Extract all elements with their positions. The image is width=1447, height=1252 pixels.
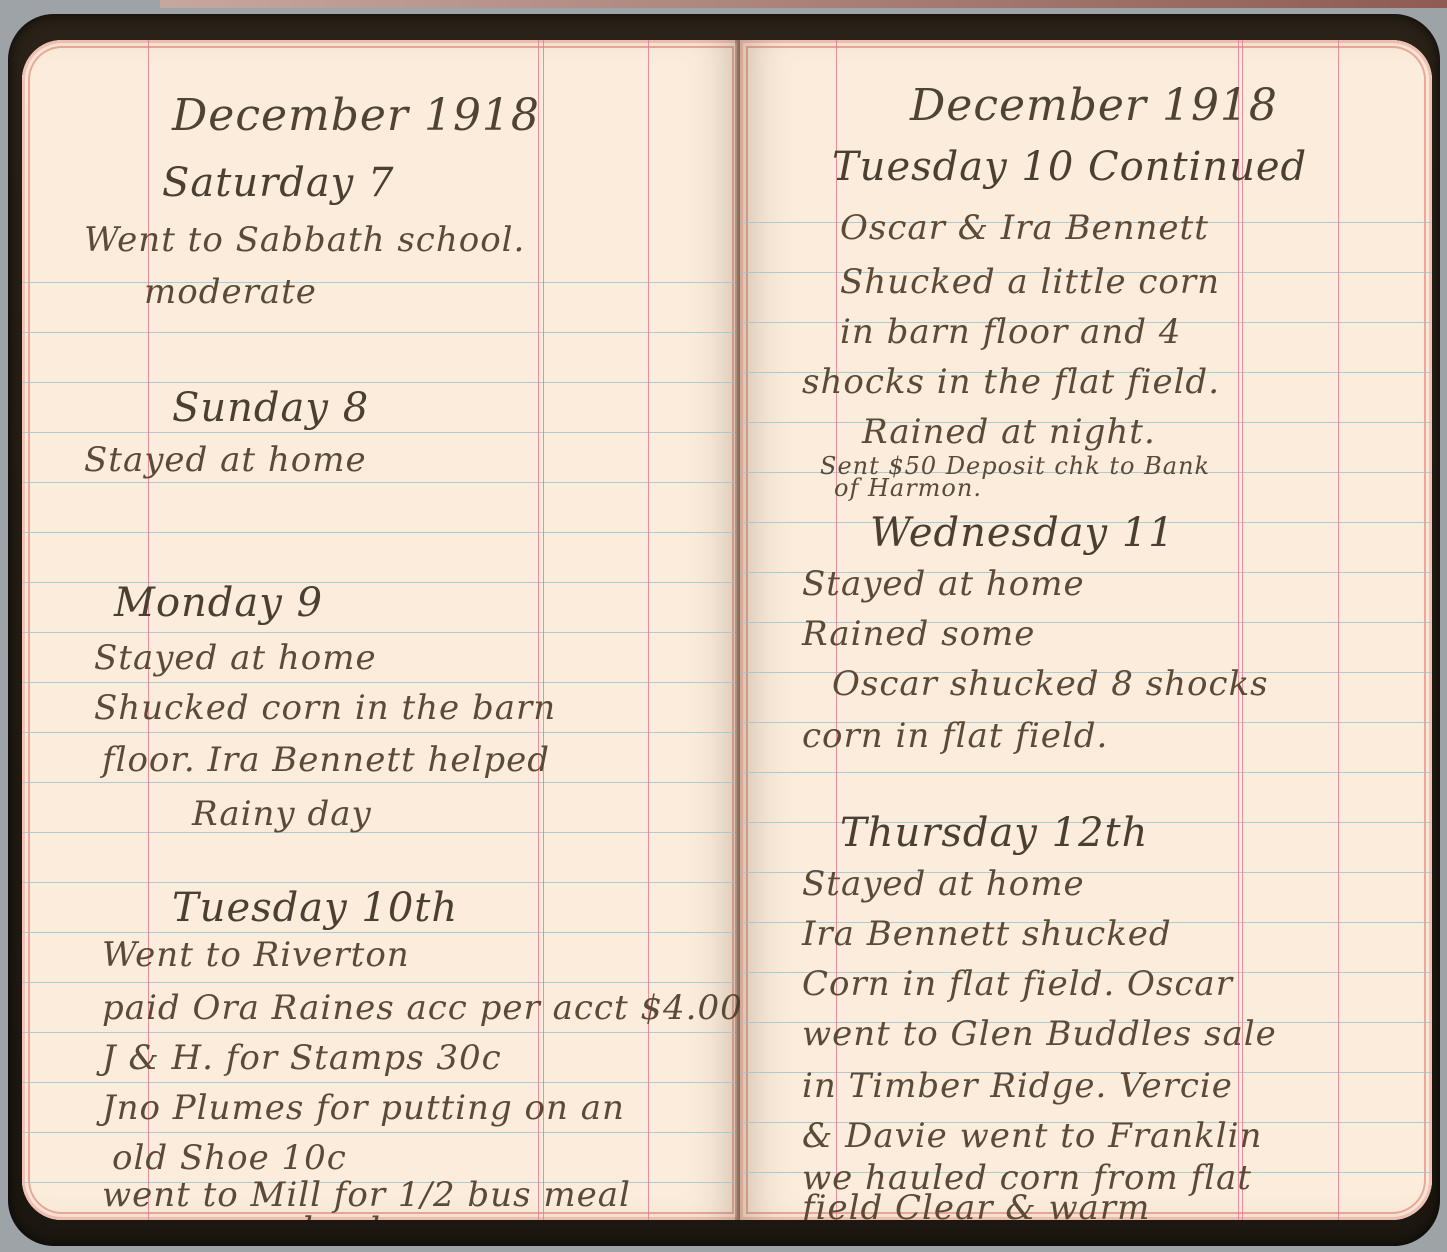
ruled-line [22, 432, 740, 433]
ruled-line [22, 932, 740, 933]
ruled-line [22, 482, 740, 483]
day-heading: Saturday 7 [162, 160, 394, 206]
entry-line: in Timber Ridge. Vercie [802, 1066, 1233, 1106]
ruled-line [740, 772, 1432, 773]
entry-line: Stayed at home [802, 564, 1085, 604]
left-page: December 1918 Saturday 7 Went to Sabbath… [22, 40, 740, 1220]
day-heading: Tuesday 10th [172, 885, 458, 931]
day-heading: Sunday 8 [172, 385, 369, 431]
entry-line: corn in flat field. [802, 716, 1108, 756]
page-heading: December 1918 [910, 80, 1278, 131]
entry-line: Corn in flat field. Oscar [802, 964, 1233, 1004]
entry-line: Shucked corn in the barn [94, 688, 556, 728]
entry-line: Stayed at home [84, 440, 367, 480]
background-strip [160, 0, 1447, 8]
day-heading: Wednesday 11 [870, 510, 1175, 556]
entry-line: went to Mill for 1/2 bus meal [102, 1175, 631, 1215]
entry-line: Shucked a little corn [840, 262, 1220, 302]
entry-line: Stayed at home [802, 864, 1085, 904]
entry-line: field Clear & warm [802, 1188, 1150, 1220]
column-line [538, 40, 539, 1220]
ruled-line [22, 532, 740, 533]
entry-line: Ira Bennett shucked [802, 914, 1172, 954]
entry-line: cloudy. [282, 1210, 409, 1220]
column-line [648, 40, 649, 1220]
ruled-line [22, 832, 740, 833]
page-heading: December 1918 [172, 90, 540, 141]
ruled-line [22, 332, 740, 333]
entry-line: floor. Ira Bennett helped [102, 740, 550, 780]
entry-line: shocks in the flat field. [802, 362, 1220, 402]
entry-line: Went to Sabbath school. [84, 220, 525, 260]
entry-line: Rained some [802, 614, 1035, 654]
ruled-line [22, 982, 740, 983]
column-line [1338, 40, 1339, 1220]
ruled-line [22, 282, 740, 283]
entry-line: of Harmon. [834, 474, 982, 502]
day-heading: Tuesday 10 Continued [832, 144, 1307, 190]
ruled-line [22, 782, 740, 783]
entry-line: Rained at night. [862, 412, 1156, 452]
entry-line: Went to Riverton [102, 935, 410, 975]
ruled-line [22, 682, 740, 683]
column-line [543, 40, 544, 1220]
ruled-line [22, 382, 740, 383]
right-page: December 1918 Tuesday 10 Continued Oscar… [740, 40, 1432, 1220]
entry-line: Jno Plumes for putting on an [102, 1088, 625, 1128]
ruled-line [22, 632, 740, 633]
day-heading: Monday 9 [114, 580, 323, 626]
ruled-line [22, 732, 740, 733]
entry-line: & Davie went to Franklin [802, 1116, 1262, 1156]
entry-line: Rainy day [192, 794, 372, 834]
entry-line: Oscar shucked 8 shocks [832, 664, 1269, 704]
ruled-line [22, 1032, 740, 1033]
ruled-line [22, 1132, 740, 1133]
entry-line: J & H. for Stamps 30c [102, 1038, 502, 1078]
ruled-line [22, 882, 740, 883]
entry-line: Oscar & Ira Bennett [840, 208, 1209, 248]
day-heading: Thursday 12th [840, 810, 1148, 856]
ruled-line [22, 1082, 740, 1083]
entry-line: in barn floor and 4 [840, 312, 1181, 352]
entry-line: old Shoe 10c [112, 1138, 347, 1178]
entry-line: paid Ora Raines acc per acct $4.00 [102, 988, 740, 1028]
entry-line: Stayed at home [94, 638, 377, 678]
entry-line: moderate [144, 272, 317, 312]
entry-line: went to Glen Buddles sale [802, 1014, 1277, 1054]
